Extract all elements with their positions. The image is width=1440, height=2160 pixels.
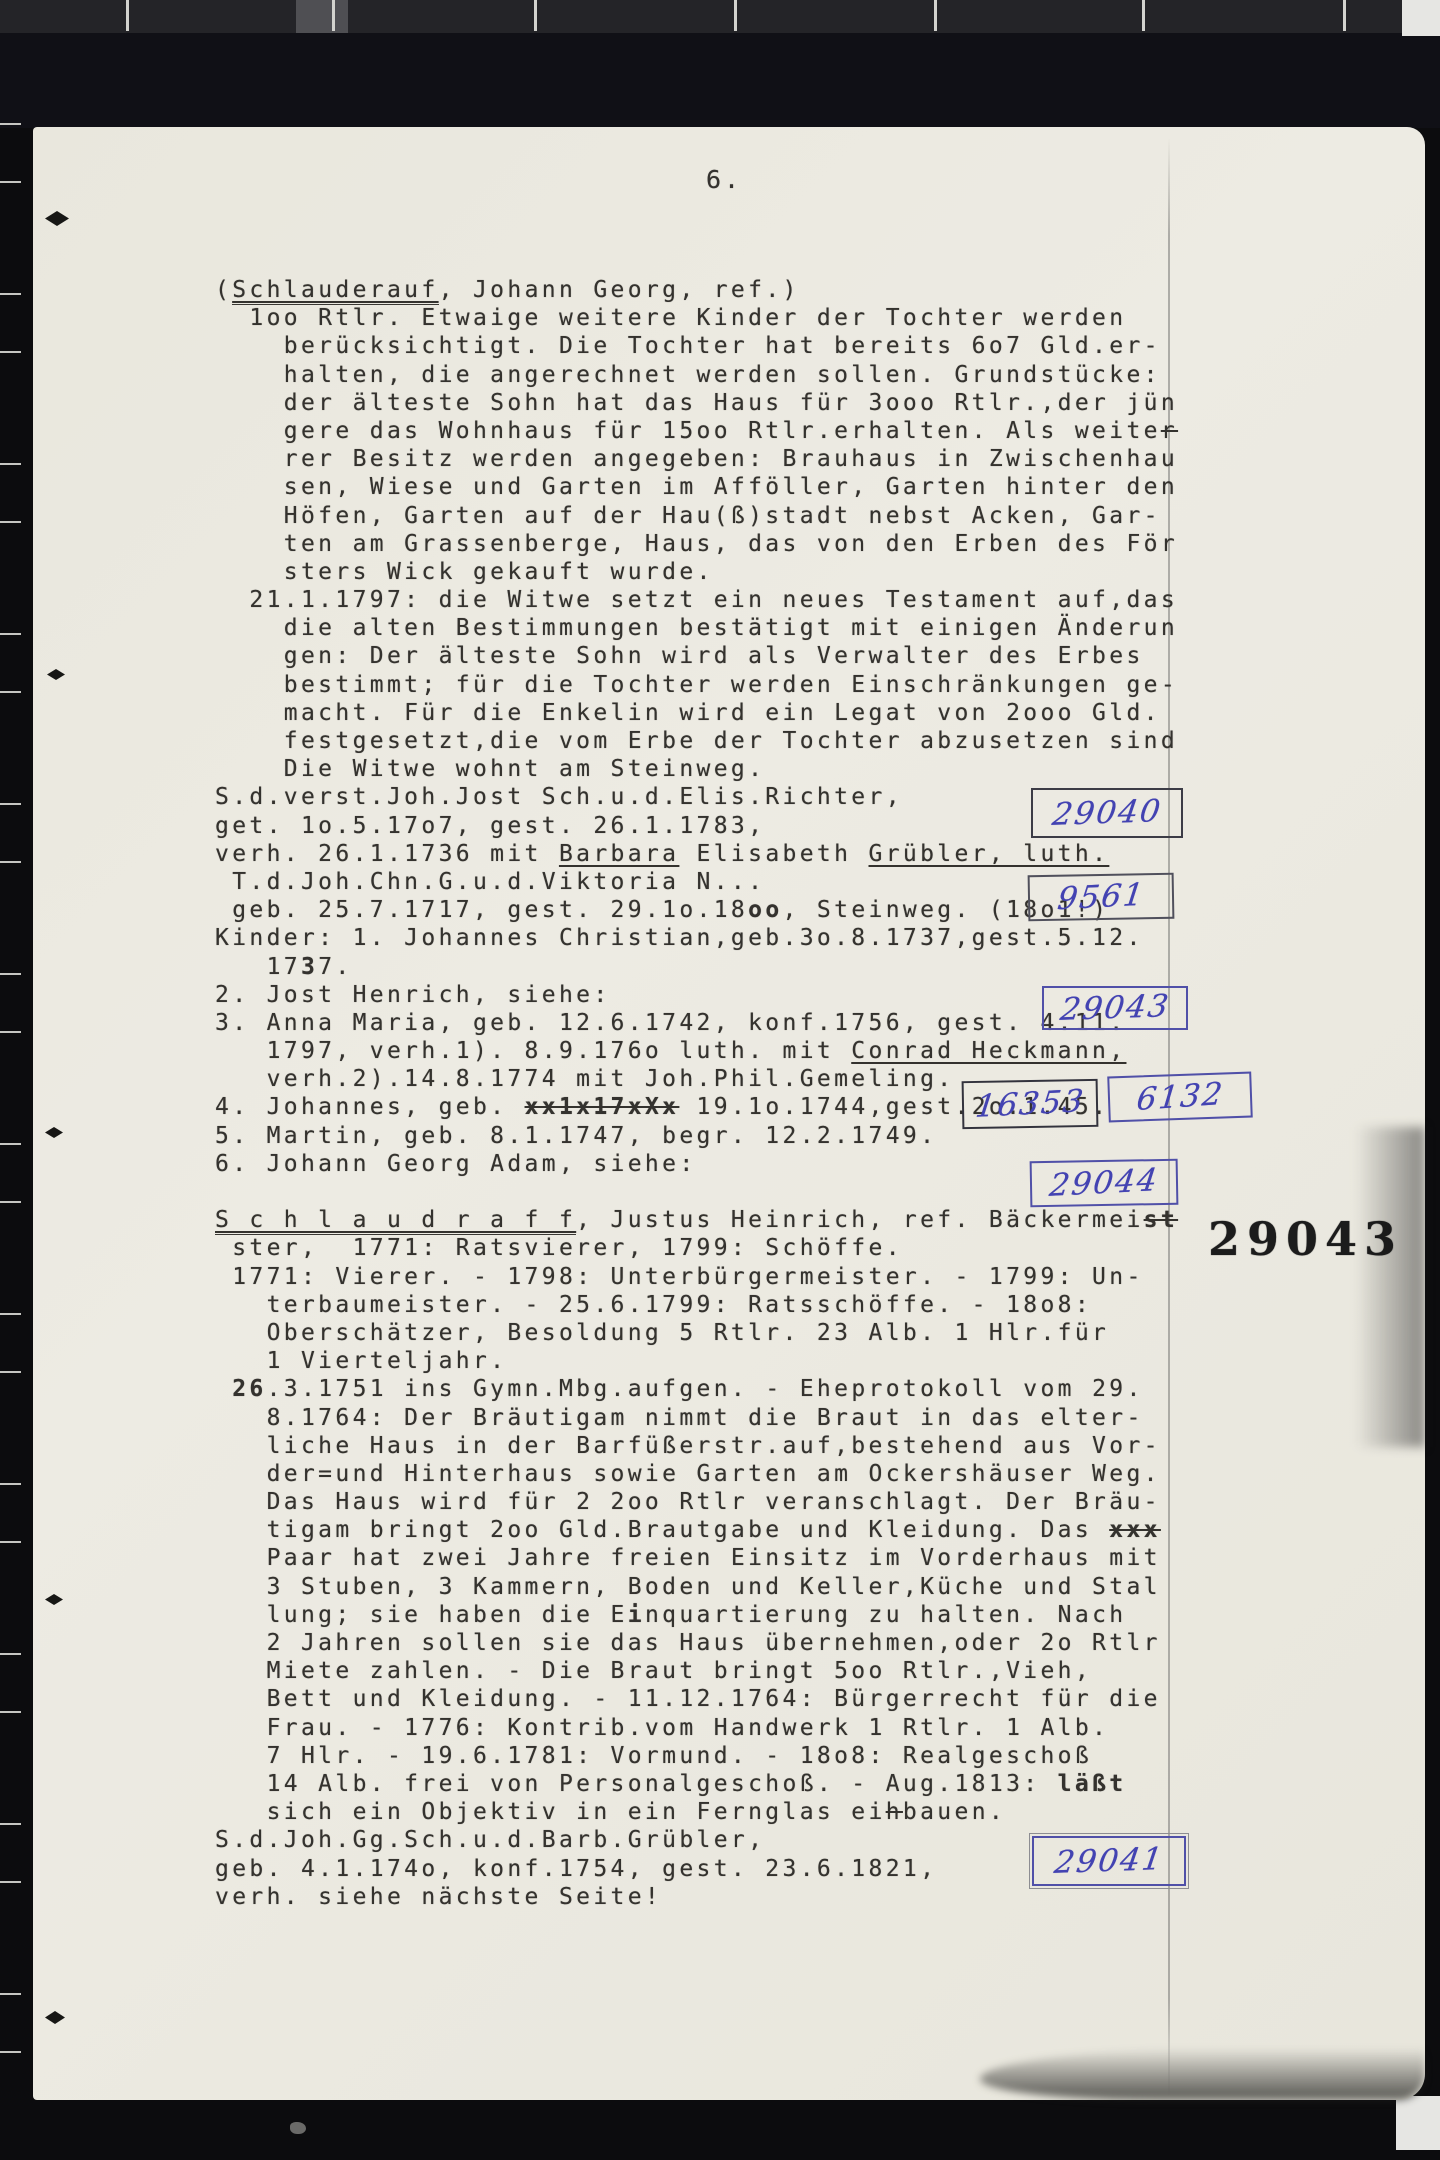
handwritten-ref-box-6132: 6132 (1107, 1072, 1253, 1123)
handwritten-ref-box-9561: 9561 (1028, 873, 1175, 922)
punch-hole-mark (45, 1594, 63, 1605)
film-edge-mark (0, 293, 21, 295)
typed-line: bestimmt; für die Tochter werden Einschr… (215, 671, 1178, 699)
page-edge-shadow-bottom (980, 2048, 1425, 2100)
film-frame-line (1343, 0, 1346, 31)
typed-line: 1 Vierteljahr. (215, 1347, 1178, 1375)
film-frame-line (1142, 0, 1145, 31)
handwritten-ref-box-29043: 29043 (1042, 986, 1188, 1030)
film-edge-mark (0, 1483, 21, 1485)
film-edge-mark (0, 1371, 21, 1373)
handwritten-number: 29041 (1052, 1841, 1166, 1881)
film-frame-line (126, 0, 129, 31)
film-scratch-mark (296, 0, 348, 33)
typed-line: Frau. - 1776: Kontrib.vom Handwerk 1 Rtl… (215, 1714, 1178, 1742)
typed-line: gen: Der älteste Sohn wird als Verwalter… (215, 642, 1178, 670)
handwritten-ref-box-29044: 29044 (1030, 1159, 1179, 1208)
typed-line: der älteste Sohn hat das Haus für 3ooo R… (215, 389, 1178, 417)
microfilm-frame: 6. (Schlauderauf, Johann Georg, ref.) 1o… (0, 0, 1440, 2160)
typed-line: 7 Hlr. - 19.6.1781: Vormund. - 18o8: Rea… (215, 1742, 1178, 1770)
typed-line: Höfen, Garten auf der Hau(ß)stadt nebst … (215, 502, 1178, 530)
typed-line: ten am Grassenberge, Haus, das von den E… (215, 530, 1178, 558)
film-edge-mark (0, 1541, 21, 1543)
film-frame-line (934, 0, 937, 31)
typed-line: 3. Anna Maria, geb. 12.6.1742, konf.1756… (215, 1009, 1178, 1037)
typed-line: lung; sie haben die Einquartierung zu ha… (215, 1601, 1178, 1629)
film-edge-mark (0, 1993, 21, 1995)
typed-line: Miete zahlen. - Die Braut bringt 5oo Rtl… (215, 1657, 1178, 1685)
punch-hole-mark (47, 669, 65, 680)
typed-line: tigam bringt 2oo Gld.Brautgabe und Kleid… (215, 1516, 1178, 1544)
film-frame-line (332, 0, 335, 31)
typed-line: rer Besitz werden angegeben: Brauhaus in… (215, 445, 1178, 473)
typed-line: Die Witwe wohnt am Steinweg. (215, 755, 1178, 783)
sprocket-hole-bottom-right (1396, 2096, 1440, 2150)
film-edge-mark (0, 1143, 21, 1145)
handwritten-number: 29043 (1058, 988, 1172, 1028)
film-edge-mark (0, 2051, 21, 2053)
typed-line: Das Haus wird für 2 2oo Rtlr veranschlag… (215, 1488, 1178, 1516)
film-edge-mark (0, 1653, 21, 1655)
film-edge-mark (0, 521, 21, 523)
film-edge-mark (0, 463, 21, 465)
film-edge-mark (0, 803, 21, 805)
typed-line: ster, 1771: Ratsvierer, 1799: Schöffe. (215, 1234, 1178, 1262)
typed-line: 1737. (215, 953, 1178, 981)
typed-line: verh. 26.1.1736 mit Barbara Elisabeth Gr… (215, 840, 1178, 868)
typed-line: Oberschätzer, Besoldung 5 Rtlr. 23 Alb. … (215, 1319, 1178, 1347)
typed-line: terbaumeister. - 25.6.1799: Ratsschöffe.… (215, 1291, 1178, 1319)
film-edge-mark (0, 351, 21, 353)
typed-line: sen, Wiese und Garten im Afföller, Garte… (215, 473, 1178, 501)
film-edge-mark (0, 1201, 21, 1203)
page-number: 6. (706, 165, 742, 194)
typed-line: sters Wick gekauft wurde. (215, 558, 1178, 586)
typed-line: liche Haus in der Barfüßerstr.auf,besteh… (215, 1432, 1178, 1460)
film-edge-mark (0, 1313, 21, 1315)
typed-line: 3 Stuben, 3 Kammern, Boden und Keller,Kü… (215, 1573, 1178, 1601)
typed-line: die alten Bestimmungen bestätigt mit ein… (215, 614, 1178, 642)
typed-line: sich ein Objektiv in ein Fernglas eihbau… (215, 1798, 1178, 1826)
film-edge-mark (0, 691, 21, 693)
film-edge-mark (0, 1711, 21, 1713)
handwritten-ref-box-16353: 16353 (962, 1079, 1099, 1129)
typed-line: gere das Wohnhaus für 15oo Rtlr.erhalten… (215, 417, 1178, 445)
typed-line: 1771: Vierer. - 1798: Unterbürgermeister… (215, 1263, 1178, 1291)
typed-line: macht. Für die Enkelin wird ein Legat vo… (215, 699, 1178, 727)
sprocket-hole-top-right (1402, 0, 1440, 36)
typed-line: halten, die angerechnet werden sollen. G… (215, 361, 1178, 389)
film-edge-mark (0, 861, 21, 863)
film-frame-line (734, 0, 737, 31)
typed-line: festgesetzt,die vom Erbe der Tochter abz… (215, 727, 1178, 755)
typed-line: 2 Jahren sollen sie das Haus übernehmen,… (215, 1629, 1178, 1657)
typed-line: Paar hat zwei Jahre freien Einsitz im Vo… (215, 1544, 1178, 1572)
typed-line: verh. siehe nächste Seite! (215, 1883, 1178, 1911)
film-edge-mark (0, 1031, 21, 1033)
film-dark-band (0, 33, 1440, 128)
typed-line: der=und Hinterhaus sowie Garten am Ocker… (215, 1460, 1178, 1488)
document-page: 6. (Schlauderauf, Johann Georg, ref.) 1o… (33, 127, 1425, 2100)
typed-line: 1797, verh.1). 8.9.176o luth. mit Conrad… (215, 1037, 1178, 1065)
handwritten-number: 6132 (1134, 1076, 1225, 1118)
typed-line: Kinder: 1. Johannes Christian,geb.3o.8.1… (215, 924, 1178, 952)
handwritten-number: 9561 (1055, 877, 1147, 918)
handwritten-number: 29040 (1050, 793, 1164, 833)
film-edge-mark (0, 1881, 21, 1883)
punch-hole-mark (45, 211, 69, 226)
punch-hole-mark (45, 2011, 65, 2024)
typed-line: (Schlauderauf, Johann Georg, ref.) (215, 276, 1178, 304)
typed-line: 26.3.1751 ins Gymn.Mbg.aufgen. - Eheprot… (215, 1375, 1178, 1403)
film-edge-mark (0, 181, 21, 183)
typed-line: 1oo Rtlr. Etwaige weitere Kinder der Toc… (215, 304, 1178, 332)
film-edge-mark (0, 633, 21, 635)
typed-line: berücksichtigt. Die Tochter hat bereits … (215, 332, 1178, 360)
film-edge-top (0, 0, 1440, 33)
punch-hole-mark (45, 1127, 63, 1138)
typed-line: 21.1.1797: die Witwe setzt ein neues Tes… (215, 586, 1178, 614)
film-edge-mark (0, 973, 21, 975)
film-edge-mark (0, 1823, 21, 1825)
typed-line: 2. Jost Henrich, siehe: (215, 981, 1178, 1009)
handwritten-number: 16353 (973, 1083, 1087, 1125)
film-edge-mark (0, 123, 21, 125)
typed-line: 14 Alb. frei von Personalgeschoß. - Aug.… (215, 1770, 1178, 1798)
typed-line: S c h l a u d r a f f, Justus Heinrich, … (215, 1206, 1178, 1234)
typed-line: Bett und Kleidung. - 11.12.1764: Bürgerr… (215, 1685, 1178, 1713)
handwritten-ref-box-29040: 29040 (1031, 788, 1183, 838)
page-edge-shadow-right (1355, 1127, 1425, 1447)
handwritten-ref-box-29041: 29041 (1032, 1836, 1186, 1886)
film-speck-bottom (290, 2122, 306, 2134)
film-frame-line (534, 0, 537, 31)
handwritten-number: 29044 (1047, 1162, 1161, 1204)
typed-line: 8.1764: Der Bräutigam nimmt die Braut in… (215, 1404, 1178, 1432)
